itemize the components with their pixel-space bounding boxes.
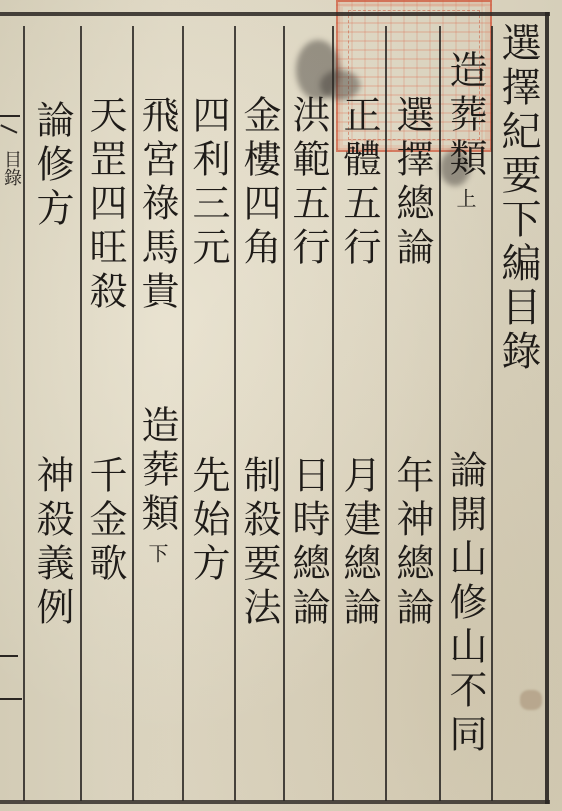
- entry-text: 造葬類: [135, 405, 179, 537]
- frame-bottom-border: [0, 800, 550, 804]
- fore-edge-mark: [0, 115, 20, 117]
- entry-column-7-top: 飛宮祿馬貴: [138, 95, 176, 315]
- frame-right-border: [545, 12, 549, 804]
- fore-edge-mark: [0, 698, 22, 700]
- column-rule: [80, 26, 82, 801]
- entry-column-5-top: 金樓四角: [240, 95, 278, 271]
- entry-column-4-top: 洪範五行: [289, 95, 327, 271]
- entry-suffix: 下: [145, 543, 169, 563]
- document-title: 選擇紀要下編目錄: [498, 22, 538, 374]
- entry-column-3-top: 正體五行: [340, 95, 378, 271]
- entry-column-9-top: 論修方: [33, 100, 71, 232]
- column-rule: [439, 26, 441, 801]
- entry-column-8-bottom: 千金歌: [86, 455, 124, 587]
- column-rule: [283, 26, 285, 801]
- fore-edge-label: 目錄: [0, 150, 24, 186]
- entry-column-4-bottom: 日時總論: [289, 455, 327, 631]
- entry-column-7-bottom: 造葬類下: [138, 405, 176, 563]
- entry-column-6-bottom: 先始方: [189, 455, 227, 587]
- entry-column-8-top: 天罡四旺殺: [86, 95, 124, 315]
- entry-column-3-bottom: 月建總論: [340, 455, 378, 631]
- entry-column-2-bottom: 年神總論: [393, 455, 431, 631]
- entry-column-5-bottom: 制殺要法: [240, 455, 278, 631]
- frame-top-border: [0, 12, 550, 16]
- entry-column-1-bottom: 論開山修山不同: [446, 450, 484, 758]
- column-rule: [132, 26, 134, 801]
- stain: [520, 690, 542, 710]
- column-rule: [491, 26, 493, 801]
- entry-column-9-bottom: 神殺義例: [33, 455, 71, 631]
- column-rule: [23, 26, 25, 801]
- entry-suffix: 上: [453, 188, 477, 208]
- entry-text: 造葬類: [443, 50, 487, 182]
- fore-edge-mark: [0, 655, 18, 657]
- column-rule: [182, 26, 184, 801]
- column-rule: [385, 26, 387, 801]
- entry-column-6-top: 四利三元: [189, 95, 227, 271]
- entry-column-1-top: 造葬類上: [446, 50, 484, 208]
- entry-column-2-top: 選擇總論: [393, 95, 431, 271]
- column-rule: [234, 26, 236, 801]
- column-rule: [332, 26, 334, 801]
